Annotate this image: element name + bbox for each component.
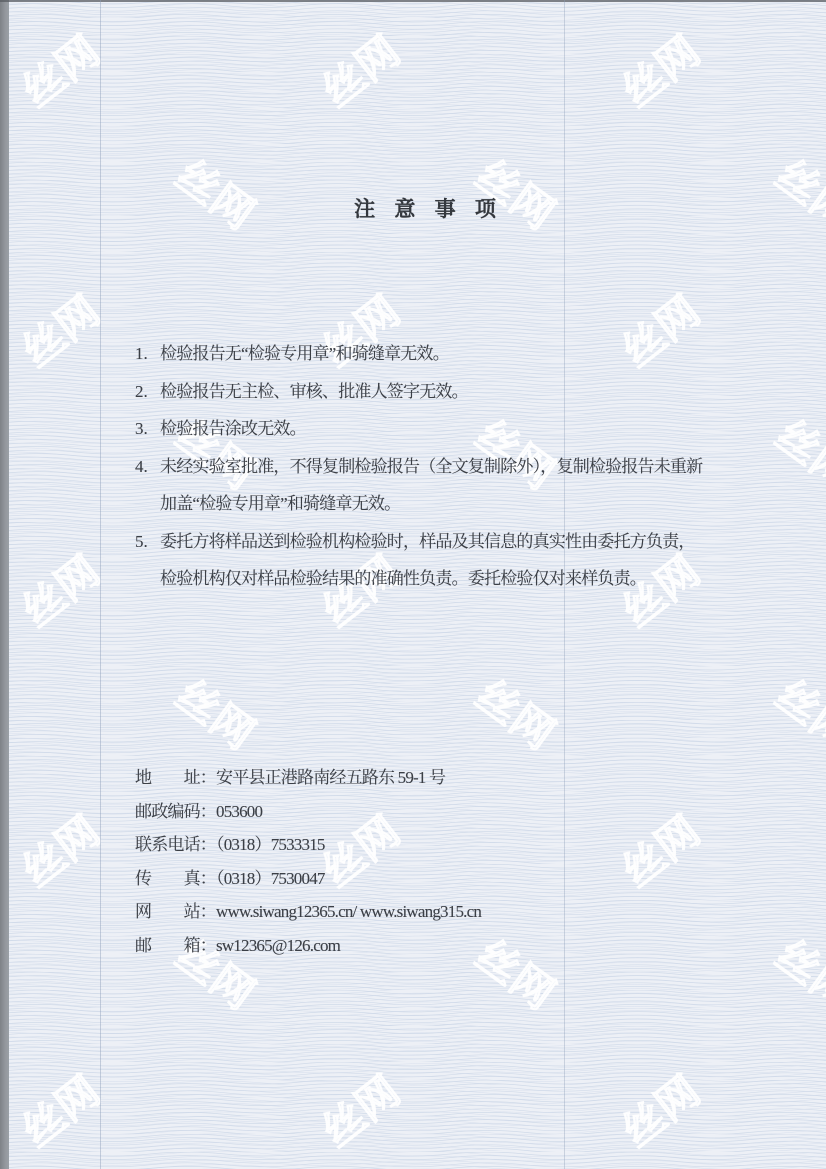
contact-label: 邮 箱： [135, 936, 216, 955]
contact-value-postal-code: 053600 [216, 802, 262, 821]
note-line: 检验机构仅对样品检验结果的准确性负责。委托检验仅对来样负责。 [160, 560, 735, 598]
contact-row-fax: 传 真：（0318）7530047 [135, 862, 735, 896]
notes-list: 1. 检验报告无“检验专用章”和骑缝章无效。 2. 检验报告无主检、审核、批准人… [135, 335, 735, 598]
note-text: 委托方将样品送到检验机构检验时，样品及其信息的真实性由委托方负责， 检验机构仅对… [160, 523, 735, 598]
contact-label: 传 真： [135, 869, 216, 888]
note-number: 1. [135, 335, 160, 373]
note-item-1: 1. 检验报告无“检验专用章”和骑缝章无效。 [135, 335, 735, 373]
note-text: 检验报告涂改无效。 [160, 410, 735, 448]
note-text: 检验报告无主检、审核、批准人签字无效。 [160, 373, 735, 411]
contact-value-fax: （0318）7530047 [216, 869, 325, 888]
note-line: 加盖“检验专用章”和骑缝章无效。 [160, 485, 735, 523]
fold-line-left [100, 0, 101, 1169]
contact-info: 地 址：安平县正港路南经五路东 59-1 号 邮政编码：053600 联系电话：… [135, 761, 735, 962]
contact-label: 联系电话： [135, 835, 216, 854]
contact-value-phone: （0318）7533315 [216, 835, 325, 854]
contact-label: 邮政编码： [135, 802, 216, 821]
note-item-3: 3. 检验报告涂改无效。 [135, 410, 735, 448]
contact-value-email: sw12365@126.com [216, 936, 340, 955]
note-line: 检验报告涂改无效。 [160, 410, 735, 448]
note-number: 4. [135, 448, 160, 486]
contact-row-address: 地 址：安平县正港路南经五路东 59-1 号 [135, 761, 735, 795]
scan-edge-top [0, 0, 826, 2]
contact-value-address: 安平县正港路南经五路东 59-1 号 [216, 768, 445, 787]
note-item-4: 4. 未经实验室批准，不得复制检验报告（全文复制除外），复制检验报告未重新 加盖… [135, 448, 735, 523]
contact-row-postal-code: 邮政编码：053600 [135, 795, 735, 829]
contact-label: 网 站： [135, 902, 216, 921]
contact-value-website: www.siwang12365.cn/ www.siwang315.cn [216, 902, 481, 921]
contact-label: 地 址： [135, 768, 216, 787]
document-page: 丝网 丝网 注 意 事 项 1. 检验报告无“检验专用章”和骑缝章无效。 2. … [0, 0, 826, 1169]
contact-row-website: 网 站：www.siwang12365.cn/ www.siwang315.cn [135, 895, 735, 929]
note-item-2: 2. 检验报告无主检、审核、批准人签字无效。 [135, 373, 735, 411]
note-text: 检验报告无“检验专用章”和骑缝章无效。 [160, 335, 735, 373]
note-line: 检验报告无“检验专用章”和骑缝章无效。 [160, 335, 735, 373]
note-line: 检验报告无主检、审核、批准人签字无效。 [160, 373, 735, 411]
note-number: 5. [135, 523, 160, 561]
contact-row-phone: 联系电话：（0318）7533315 [135, 828, 735, 862]
note-number: 3. [135, 410, 160, 448]
note-number: 2. [135, 373, 160, 411]
note-text: 未经实验室批准，不得复制检验报告（全文复制除外），复制检验报告未重新 加盖“检验… [160, 448, 735, 523]
note-line: 委托方将样品送到检验机构检验时，样品及其信息的真实性由委托方负责， [160, 523, 735, 561]
page-title: 注 意 事 项 [135, 193, 715, 223]
note-line: 未经实验室批准，不得复制检验报告（全文复制除外），复制检验报告未重新 [160, 448, 735, 486]
note-item-5: 5. 委托方将样品送到检验机构检验时，样品及其信息的真实性由委托方负责， 检验机… [135, 523, 735, 598]
scan-edge-left [0, 0, 9, 1169]
contact-row-email: 邮 箱：sw12365@126.com [135, 929, 735, 963]
